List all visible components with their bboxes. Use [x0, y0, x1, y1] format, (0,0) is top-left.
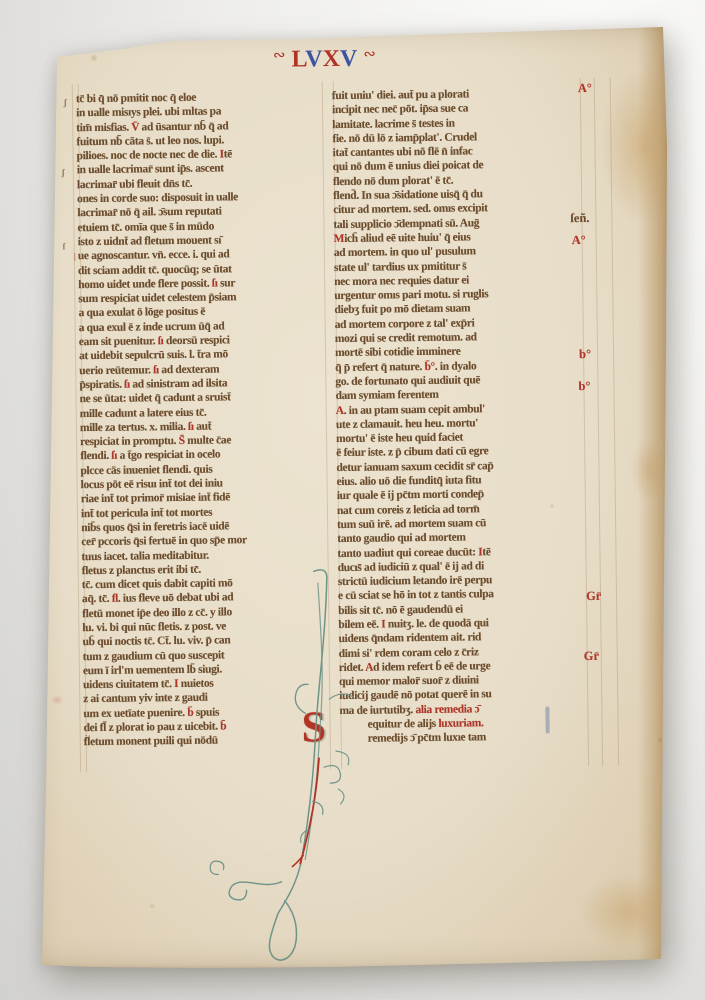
text-column-right: fuit uniu' diei. aut̄ pu a ploratiincipi… — [332, 86, 586, 747]
margin-note: ʃ — [64, 98, 67, 107]
header-letter: L — [291, 46, 305, 72]
header-letter: V — [340, 46, 358, 72]
header-letter: V — [305, 46, 323, 72]
photo-backdrop: ∾ LVXV ∾ tc̄ bi q̄ nō pmitit noc q̄ eloe… — [0, 0, 705, 1000]
margin-note: :· — [85, 732, 91, 741]
manuscript-leaf: ∾ LVXV ∾ tc̄ bi q̄ nō pmitit noc q̄ eloe… — [32, 26, 668, 968]
margin-note: b° — [579, 348, 591, 361]
running-title-letters: LVXV — [291, 47, 357, 72]
margin-note: b° — [578, 380, 590, 393]
margin-note: ſ — [63, 242, 66, 251]
margin-note: Gr̄ — [586, 590, 601, 603]
rubric-flourish-icon: ∾ — [273, 48, 286, 63]
page-content: ∾ LVXV ∾ tc̄ bi q̄ nō pmitit noc q̄ eloe… — [31, 19, 678, 969]
text-line: fletum monent puili qui nōdū — [84, 732, 334, 749]
margin-note: ſeñ. — [570, 212, 589, 225]
header-letter: X — [323, 46, 341, 72]
margin-note: A° — [578, 82, 592, 95]
leaf-shadow: ∾ LVXV ∾ tc̄ bi q̄ nō pmitit noc q̄ eloe… — [32, 26, 668, 968]
running-title: ∾ LVXV ∾ — [209, 46, 439, 73]
margin-note: ʃ — [62, 168, 65, 177]
ruling-line — [610, 78, 619, 766]
rubric-flourish-icon: ∾ — [363, 47, 376, 62]
margin-note: | — [74, 252, 76, 261]
decorated-initial-S: S — [301, 705, 326, 749]
line-filler-bar — [545, 706, 549, 733]
margin-note: Gr̄ — [584, 650, 599, 663]
margin-note: A° — [572, 234, 586, 247]
text-column-left: tc̄ bi q̄ nō pmitit noc q̄ eloein ualle … — [76, 89, 334, 750]
